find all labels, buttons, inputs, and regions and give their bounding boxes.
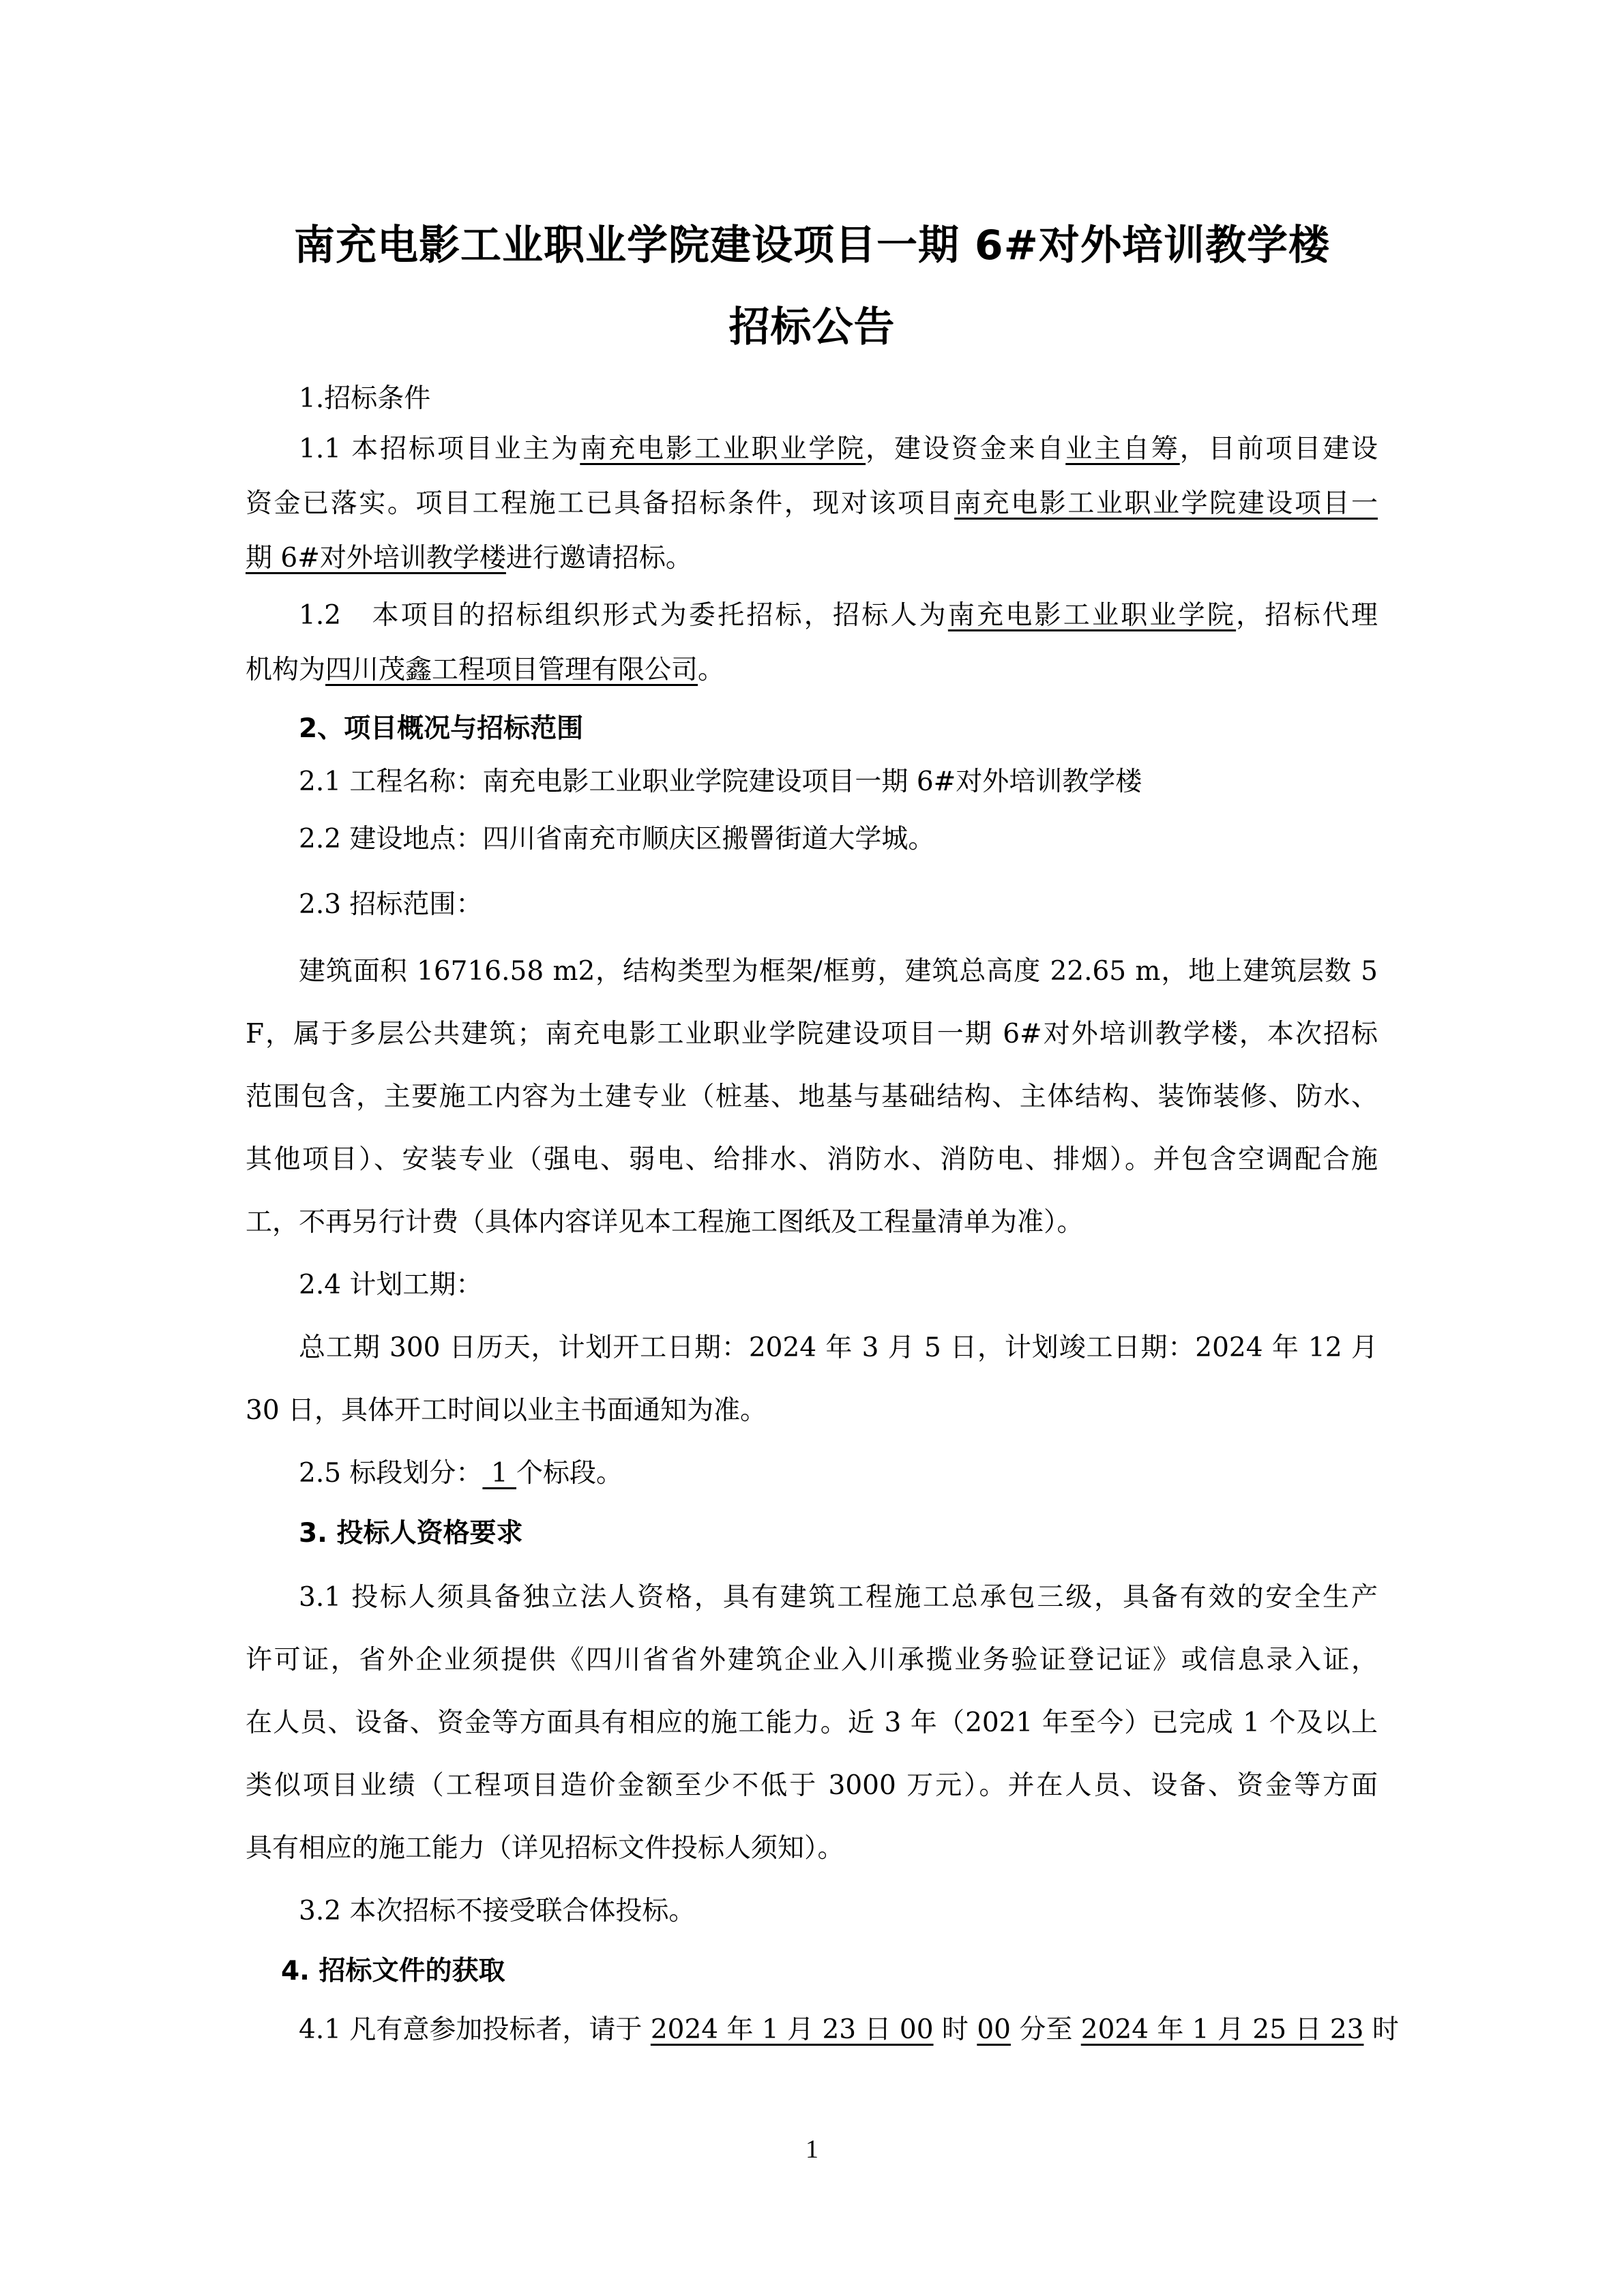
paragraph-4-1-line-1: 4.1 凡有意参加投标者，请于 2024 年 1 月 23 日 00 时 00 … (299, 2013, 1378, 2047)
paragraph-2-2: 2.2 建设地点：四川省南充市顺庆区搬罾街道大学城。 (299, 822, 1378, 856)
paragraph-2-4-line-2: 30 日，具体开工时间以业主书面通知为准。 (246, 1394, 1378, 1428)
paragraph-3-2: 3.2 本次招标不接受联合体投标。 (299, 1894, 1378, 1928)
text-run: 4.1 凡有意参加投标者，请于 (299, 2014, 651, 2045)
project-name: 南充电影工业职业学院建设项目一 (954, 488, 1378, 519)
section-heading-3: 3. 投标人资格要求 (299, 1517, 1378, 1551)
paragraph-1-1-line-3: 期 6#对外培训教学楼进行邀请招标。 (246, 541, 1378, 576)
paragraph-2-3-line-5: 工，不再另行计费（具体内容详见本工程施工图纸及工程量清单为准）。 (246, 1206, 1378, 1240)
paragraph-1-1-line-1: 1.1 本招标项目业主为南充电影工业职业学院，建设资金来自业主自筹，目前项目建设 (299, 432, 1378, 466)
paragraph-3-1-line-3: 在人员、设备、资金等方面具有相应的施工能力。近 3 年（2021 年至今）已完成… (246, 1706, 1378, 1740)
text-run: 资金已落实。项目工程施工已具备招标条件，现对该项目 (246, 488, 954, 519)
paragraph-3-1-line-2: 许可证，省外企业须提供《四川省省外建筑企业入川承揽业务验证登记证》或信息录入证， (246, 1643, 1378, 1678)
text-run: 。 (698, 655, 724, 685)
text-run: ，目前项目建设 (1180, 434, 1378, 464)
tenderer-name: 南充电影工业职业学院 (948, 600, 1236, 631)
text-run: 2.5 标段划分： (299, 1458, 482, 1489)
start-date: 2024 年 1 月 23 日 00 (651, 2014, 934, 2045)
start-minute: 00 (977, 2014, 1011, 2045)
document-subtitle: 招标公告 (0, 295, 1624, 353)
owner-name: 南充电影工业职业学院 (580, 434, 866, 464)
section-heading-4: 4. 招标文件的获取 (281, 1954, 1413, 1988)
text-run: 进行邀请招标。 (506, 543, 692, 573)
paragraph-2-4-line-1: 总工期 300 日历天，计划开工日期：2024 年 3 月 5 日，计划竣工日期… (299, 1331, 1378, 1365)
text-run: 1.1 本招标项目业主为 (299, 434, 580, 464)
text-run: 个标段。 (516, 1458, 623, 1489)
section-heading-text: 1.招标条件 (299, 383, 430, 414)
paragraph-1-2-line-1: 1.2 本项目的招标组织形式为委托招标，招标人为南充电影工业职业学院，招标代理 (299, 599, 1378, 633)
project-name: 期 6#对外培训教学楼 (246, 543, 506, 573)
paragraph-2-3-line-1: 建筑面积 16716.58 m2，结构类型为框架/框剪，建筑总高度 22.65 … (299, 955, 1378, 989)
text-run: 时 (934, 2014, 977, 2045)
text-run: 分至 (1011, 2014, 1081, 2045)
paragraph-3-1-line-4: 类似项目业绩（工程项目造价金额至少不低于 3000 万元）。并在人员、设备、资金… (246, 1769, 1378, 1803)
section-heading-text: 3. 投标人资格要求 (299, 1518, 523, 1549)
document-title: 南充电影工业职业学院建设项目一期 6#对外培训教学楼 (0, 213, 1624, 271)
paragraph-3-1-line-5: 具有相应的施工能力（详见招标文件投标人须知）。 (246, 1832, 1378, 1866)
text-run: 1.2 本项目的招标组织形式为委托招标，招标人为 (299, 600, 948, 631)
text-run: 机构为 (246, 655, 325, 685)
page-number: 1 (0, 2134, 1624, 2164)
paragraph-3-1-line-1: 3.1 投标人须具备独立法人资格，具有建筑工程施工总承包三级，具备有效的安全生产 (299, 1581, 1378, 1615)
section-heading-2: 2、项目概况与招标范围 (299, 712, 1378, 746)
paragraph-1-2-line-2: 机构为四川茂鑫工程项目管理有限公司。 (246, 653, 1378, 687)
text-run: ，建设资金来自 (866, 434, 1065, 464)
paragraph-2-3-label: 2.3 招标范围： (299, 888, 1378, 922)
end-date: 2024 年 1 月 25 日 23 (1081, 2014, 1364, 2045)
lot-count: 1 (482, 1458, 516, 1489)
paragraph-2-3-line-2: F，属于多层公共建筑；南充电影工业职业学院建设项目一期 6#对外培训教学楼，本次… (246, 1017, 1378, 1052)
paragraph-2-3-line-4: 其他项目）、安装专业（强电、弱电、给排水、消防水、消防电、排烟）。并包含空调配合… (246, 1143, 1378, 1177)
paragraph-2-1: 2.1 工程名称：南充电影工业职业学院建设项目一期 6#对外培训教学楼 (299, 765, 1378, 799)
section-heading-1: 1.招标条件 (299, 382, 1378, 416)
fund-source: 业主自筹 (1065, 434, 1180, 464)
document-page: 南充电影工业职业学院建设项目一期 6#对外培训教学楼 招标公告 1.招标条件 1… (0, 0, 1624, 2296)
text-run: ，招标代理 (1236, 600, 1378, 631)
paragraph-2-5: 2.5 标段划分： 1 个标段。 (299, 1457, 1378, 1491)
paragraph-1-1-line-2: 资金已落实。项目工程施工已具备招标条件，现对该项目南充电影工业职业学院建设项目一 (246, 487, 1378, 521)
agent-name: 四川茂鑫工程项目管理有限公司 (325, 655, 698, 685)
section-heading-text: 2、项目概况与招标范围 (299, 713, 583, 744)
section-heading-text: 4. 招标文件的获取 (281, 1956, 505, 1986)
text-run: 时 (1363, 2014, 1398, 2045)
paragraph-2-4-label: 2.4 计划工期： (299, 1268, 1378, 1302)
paragraph-2-3-line-3: 范围包含，主要施工内容为土建专业（桩基、地基与基础结构、主体结构、装饰装修、防水… (246, 1080, 1378, 1114)
